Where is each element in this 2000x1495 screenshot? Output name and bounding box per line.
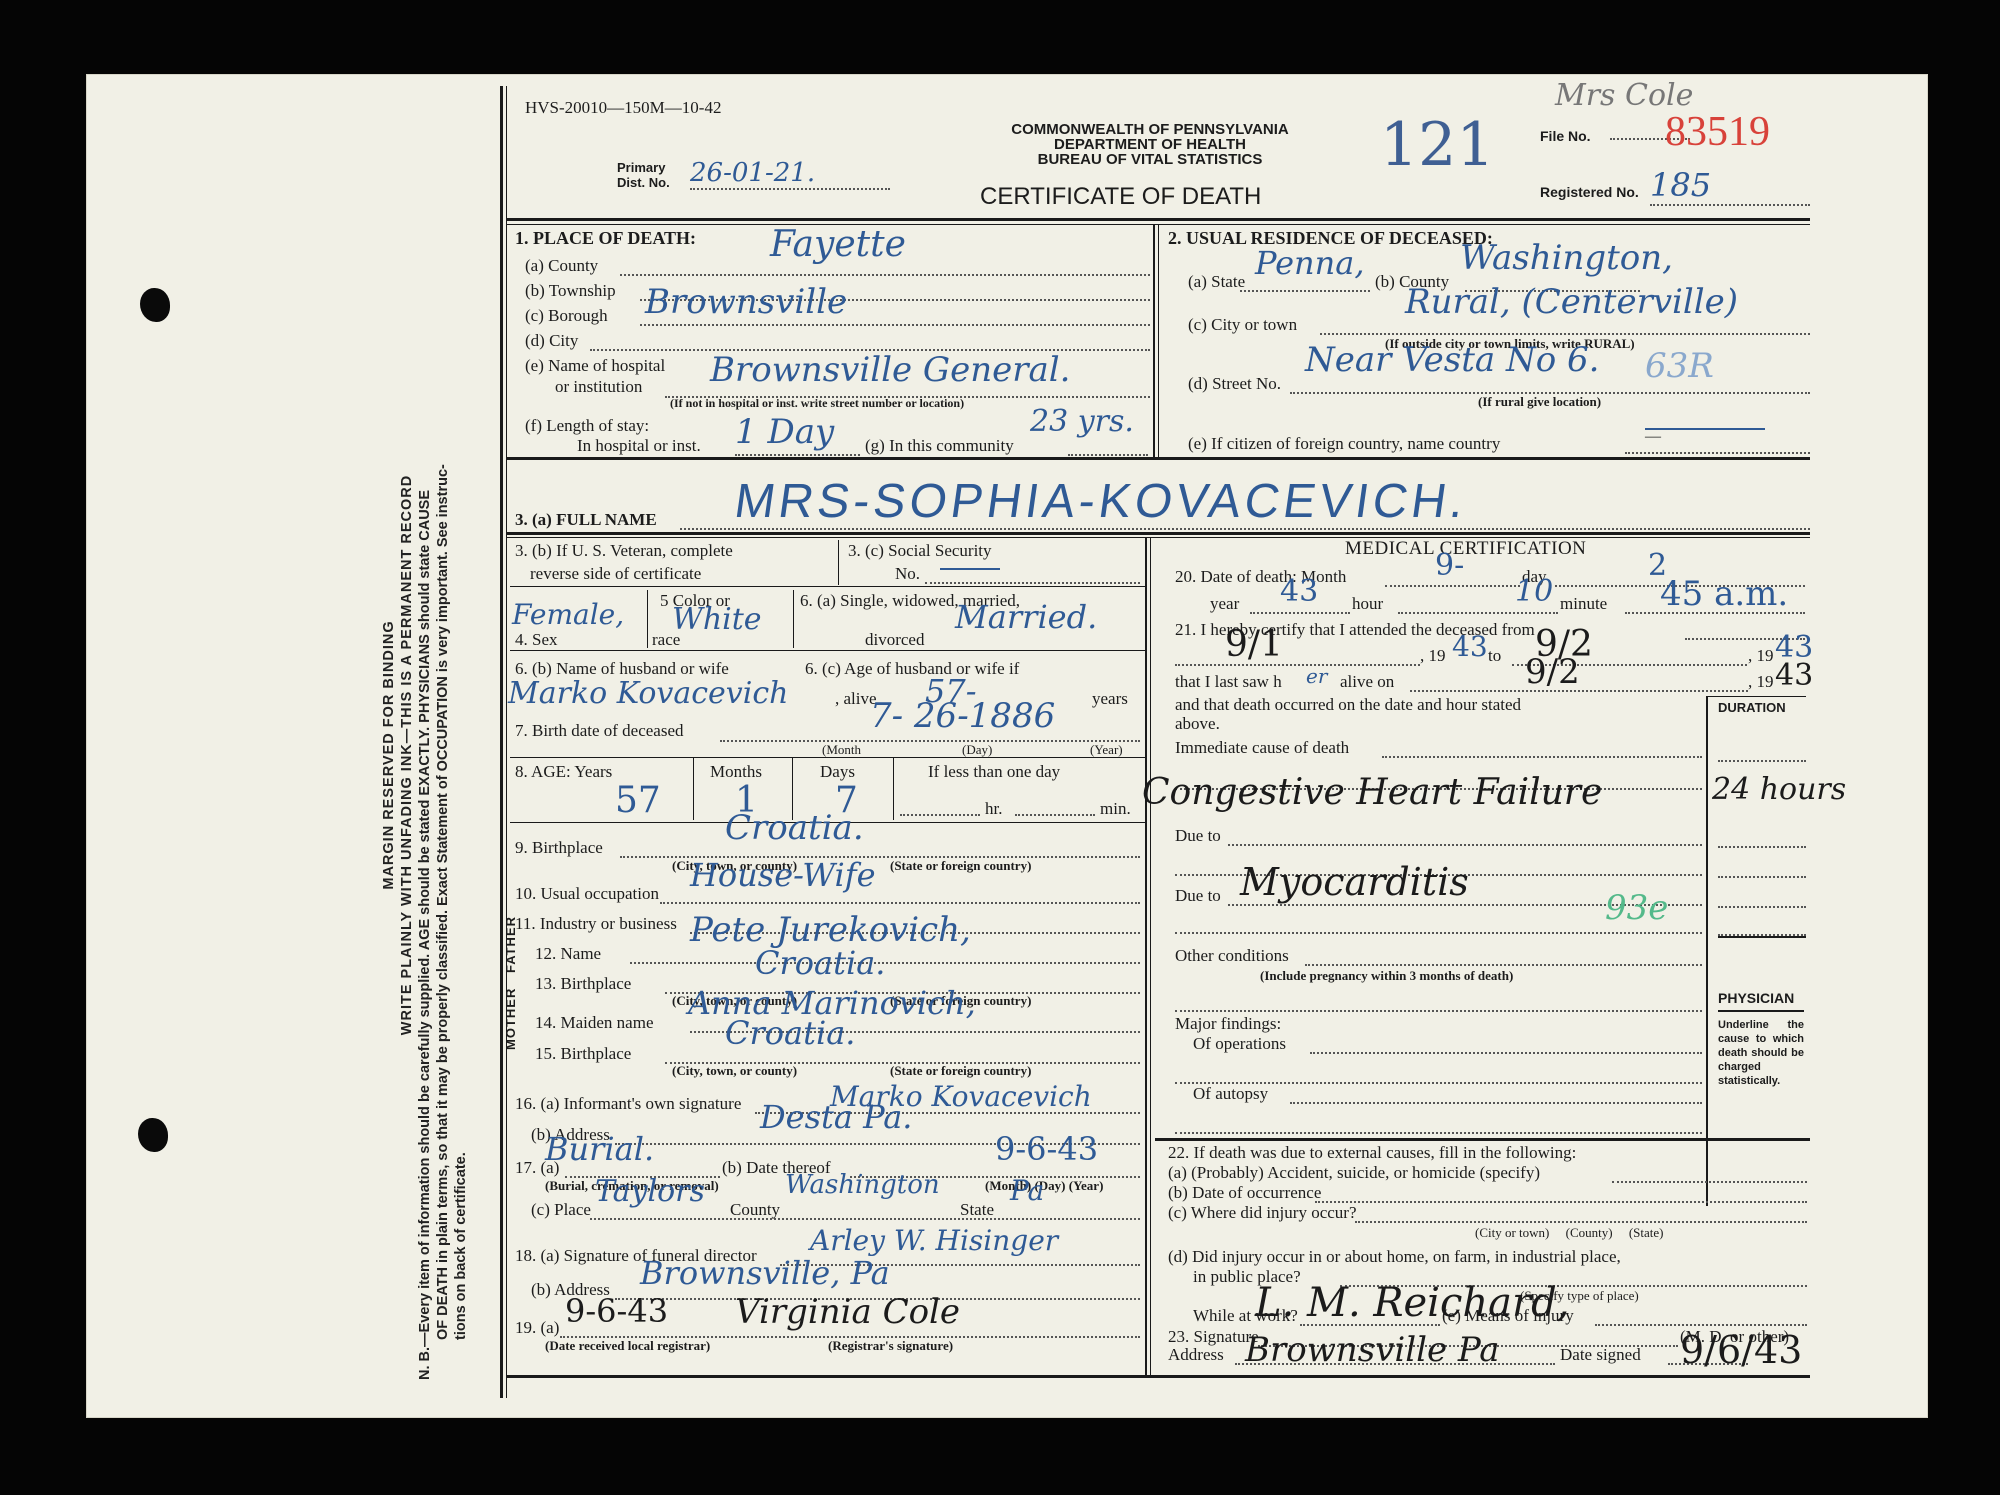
field-label: (g) In this community xyxy=(865,436,1014,456)
field-label: (c) Place xyxy=(531,1200,591,1220)
birth-date-value: 7- 26-1886 xyxy=(870,696,1055,736)
disposition-date-value: 9-6-43 xyxy=(995,1130,1098,1168)
divider xyxy=(1718,1010,1804,1012)
field-label: (d) Street No. xyxy=(1188,374,1281,394)
field-label: 19. (a) xyxy=(515,1318,559,1338)
agency-line: COMMONWEALTH OF PENNSYLVANIA xyxy=(960,122,1340,137)
field-label: year xyxy=(1210,594,1239,614)
field-label: divorced xyxy=(865,630,924,650)
divider xyxy=(1145,537,1147,1377)
field-label: (a) State xyxy=(1188,272,1245,292)
sex-value: Female, xyxy=(512,598,624,631)
field-label: 3. (a) FULL NAME xyxy=(515,510,657,530)
immediate-cause-duration: 24 hours xyxy=(1712,772,1846,807)
hospital-value: Brownsville General. xyxy=(710,350,1070,390)
field-label: (a) (Probably) Accident, suicide, or hom… xyxy=(1168,1163,1540,1183)
age-years-value: 57 xyxy=(615,780,661,821)
divider xyxy=(693,758,694,820)
operations-field[interactable] xyxy=(1310,1036,1702,1054)
race-value: White xyxy=(672,602,762,637)
residence-county-value: Washington, xyxy=(1460,238,1673,278)
death-hour-value: 10 xyxy=(1515,574,1553,609)
file-number-stamp: 83519 xyxy=(1665,108,1770,156)
form-border xyxy=(506,86,507,1398)
spouse-name-value: Marko Kovacevich xyxy=(508,676,788,711)
field-label: (c) City or town xyxy=(1188,315,1297,335)
field-label: 16. (a) Informant's own signature xyxy=(515,1094,741,1114)
field-label: (e) If citizen of foreign country, name … xyxy=(1188,434,1500,454)
field-label: to xyxy=(1488,646,1501,666)
margin-annotation: 121 xyxy=(1380,110,1495,180)
field-label: Address xyxy=(1168,1345,1224,1365)
community-stay-value: 23 yrs. xyxy=(1030,404,1134,439)
field-label: In hospital or inst. xyxy=(577,436,701,456)
field-label: Major findings: xyxy=(1175,1014,1281,1034)
field-label: Other conditions xyxy=(1175,946,1289,966)
death-minute-value: 45 a.m. xyxy=(1660,574,1788,614)
field-note: (State or foreign country) xyxy=(890,1063,1031,1079)
physician-signature-value: L. M. Reichard, xyxy=(1255,1280,1569,1326)
divider xyxy=(893,758,894,820)
field-label: (b) Date of occurrence xyxy=(1168,1183,1321,1203)
burial-place-value: Taylors xyxy=(595,1174,705,1209)
field-label: Due to xyxy=(1175,886,1221,906)
divider xyxy=(1158,224,1159,459)
duration-line[interactable] xyxy=(1718,748,1806,762)
field-note: (If rural give location) xyxy=(1478,394,1601,410)
injury-location-field[interactable] xyxy=(1355,1205,1807,1223)
autopsy-field[interactable] xyxy=(1290,1086,1702,1104)
field-note: (Date received local registrar) xyxy=(545,1338,710,1354)
field-label: 3. (b) If U. S. Veteran, complete xyxy=(515,541,733,561)
registered-no-value: 185 xyxy=(1650,166,1810,206)
birthplace-value: Croatia. xyxy=(725,808,864,848)
margin-line: MARGIN RESERVED FOR BINDING xyxy=(380,130,398,1380)
other-conditions-line-2[interactable] xyxy=(1175,994,1702,1012)
immediate-cause-field[interactable] xyxy=(1382,740,1702,758)
divider xyxy=(507,457,1810,460)
physician-address-value: Brownsville Pa xyxy=(1245,1330,1500,1370)
funeral-director-address-value: Brownsville, Pa xyxy=(640,1254,890,1292)
field-note: (City or town) (County) (State) xyxy=(1475,1225,1663,1241)
field-label: State xyxy=(960,1200,994,1220)
duration-line[interactable] xyxy=(1718,864,1806,878)
page-title: CERTIFICATE OF DEATH xyxy=(980,183,1261,211)
community-stay-field[interactable] xyxy=(1068,438,1148,456)
field-label: 15. Birthplace xyxy=(535,1044,631,1064)
field-label: (f) Length of stay: xyxy=(525,416,649,436)
parents-side-label: MOTHER FATHER xyxy=(503,916,518,1050)
field-label: above. xyxy=(1175,714,1220,734)
field-label: (d) Did injury occur in or about home, o… xyxy=(1168,1247,1621,1267)
field-label: or institution xyxy=(555,377,642,397)
alive-on-year: 43 xyxy=(1775,658,1813,693)
autopsy-line-2[interactable] xyxy=(1175,1116,1702,1134)
field-note: (Day) xyxy=(962,742,992,758)
date-signed-value: 9/6/43 xyxy=(1680,1328,1802,1372)
means-of-injury-field[interactable] xyxy=(1595,1308,1807,1326)
field-label: minute xyxy=(1560,594,1607,614)
divider xyxy=(507,532,1810,535)
field-note: (If not in hospital or inst. write stree… xyxy=(670,396,964,411)
field-label: Date signed xyxy=(1560,1345,1641,1365)
field-label: 14. Maiden name xyxy=(535,1013,654,1033)
duration-heading: DURATION xyxy=(1718,700,1786,715)
occurrence-date-field[interactable] xyxy=(1315,1185,1807,1203)
field-note: (State or foreign country) xyxy=(890,858,1031,874)
punch-hole xyxy=(138,1118,168,1152)
issuing-agency: COMMONWEALTH OF PENNSYLVANIA DEPARTMENT … xyxy=(960,122,1340,167)
divider xyxy=(1150,537,1151,1377)
field-label: that I last saw h xyxy=(1175,672,1282,692)
primary-dist-label: Primary Dist. No. xyxy=(617,160,670,190)
field-note: (Month xyxy=(822,742,861,758)
duration-line[interactable] xyxy=(1718,894,1806,908)
field-label: 7. Birth date of deceased xyxy=(515,721,684,741)
death-month-value: 9- xyxy=(1435,548,1464,583)
field-label: Days xyxy=(820,762,855,782)
label: Dist. No. xyxy=(617,175,670,190)
disposition-value: Burial. xyxy=(545,1130,654,1168)
divider xyxy=(510,586,1145,587)
margin-line: OF DEATH in plain terms, so that it may … xyxy=(434,130,452,1380)
divider xyxy=(793,590,794,648)
registrar-signature-value: Virginia Cole xyxy=(735,1292,960,1332)
borough-value: Brownsville xyxy=(645,282,847,322)
field-label: 11. Industry or business xyxy=(515,914,677,934)
section-heading: MEDICAL CERTIFICATION xyxy=(1345,538,1586,560)
divider xyxy=(1155,1138,1810,1141)
street-code-annotation: 63R xyxy=(1645,346,1714,386)
informant-address-value: Desta Pa. xyxy=(760,1098,912,1136)
divider xyxy=(507,218,1810,221)
divider xyxy=(838,540,839,585)
field-label: (c) Where did injury occur? xyxy=(1168,1203,1357,1223)
divider xyxy=(1153,224,1155,459)
minutes-field[interactable] xyxy=(1015,802,1095,816)
divider xyxy=(1706,696,1806,697)
field-label: If less than one day xyxy=(928,762,1060,782)
divider xyxy=(1718,936,1806,938)
duration-line[interactable] xyxy=(1718,922,1806,936)
hours-field[interactable] xyxy=(900,802,980,816)
residence-city-value: Rural, (Centerville) xyxy=(1405,282,1738,322)
mother-birthplace-value: Croatia. xyxy=(725,1014,855,1052)
form-code: HVS-20010—150M—10-42 xyxy=(525,98,721,118)
occupation-value: House-Wife xyxy=(690,856,876,894)
field-note: (Include pregnancy within 3 months of de… xyxy=(1260,968,1513,984)
marital-status-value: Married. xyxy=(955,598,1097,636)
agency-line: BUREAU OF VITAL STATISTICS xyxy=(960,152,1340,167)
field-label: hr. xyxy=(985,799,1002,819)
field-label: hour xyxy=(1352,594,1383,614)
attended-from-field[interactable] xyxy=(1175,648,1420,666)
field-label: , 19 xyxy=(1420,646,1446,666)
binding-margin-instructions: MARGIN RESERVED FOR BINDING WRITE PLAINL… xyxy=(380,130,470,1380)
primary-dist-value: 26-01-21. xyxy=(690,158,890,190)
field-label: (a) County xyxy=(525,256,598,276)
field-note: (City, town, or county) xyxy=(672,1063,797,1079)
full-name-value: MRS-SOPHIA-KOVACEVICH. xyxy=(731,474,1471,529)
last-saw-pronoun-value: er xyxy=(1306,664,1327,688)
foreign-country-dash: — xyxy=(1645,428,1765,430)
father-tag: FATHER xyxy=(503,916,518,973)
form-border xyxy=(500,86,503,1398)
margin-line: N. B.—Every item of information should b… xyxy=(416,130,434,1380)
field-label: , 19 xyxy=(1748,646,1774,666)
operations-line-2[interactable] xyxy=(1175,1066,1702,1084)
burial-county-value: Washington xyxy=(785,1170,940,1200)
physician-heading: PHYSICIAN xyxy=(1718,990,1794,1006)
county-value: Fayette xyxy=(770,224,906,265)
field-label: Due to xyxy=(1175,826,1221,846)
label: Primary xyxy=(617,160,670,175)
field-label: , 19 xyxy=(1748,672,1774,692)
field-note: (Year) xyxy=(1090,742,1123,758)
divider xyxy=(507,1375,1810,1378)
field-label: 13. Birthplace xyxy=(535,974,631,994)
margin-line: WRITE PLAINLY WITH UNFADING INK—THIS IS … xyxy=(398,130,416,1380)
hospital-stay-value: 1 Day xyxy=(735,412,834,452)
field-label: (b) Township xyxy=(525,281,616,301)
social-security-dash xyxy=(940,568,1000,570)
field-label: Of operations xyxy=(1193,1034,1286,1054)
registered-no-label: Registered No. xyxy=(1540,184,1639,200)
due-to-1-field[interactable] xyxy=(1228,828,1702,846)
death-year-value: 43 xyxy=(1280,574,1318,609)
divider xyxy=(510,650,1145,651)
duration-line[interactable] xyxy=(1718,834,1806,848)
field-label: and that death occurred on the date and … xyxy=(1175,695,1521,715)
section-heading: 22. If death was due to external causes,… xyxy=(1168,1143,1576,1163)
field-label: 12. Name xyxy=(535,944,601,964)
field-label: 8. AGE: Years xyxy=(515,762,612,782)
mother-tag: MOTHER xyxy=(503,988,518,1050)
field-label: alive on xyxy=(1340,672,1394,692)
other-conditions-field[interactable] xyxy=(1305,948,1702,966)
due-to-2-value: Myocarditis xyxy=(1240,860,1469,904)
agency-line: DEPARTMENT OF HEALTH xyxy=(960,137,1340,152)
field-label: reverse side of certificate xyxy=(530,564,701,584)
field-label: (e) Name of hospital xyxy=(525,356,665,376)
field-label: 20. Date of death: Month xyxy=(1175,567,1346,587)
file-no-label: File No. xyxy=(1540,128,1591,144)
state-value: Penna, xyxy=(1255,244,1365,282)
divider xyxy=(507,537,1810,538)
burial-state-value: Pa xyxy=(1010,1174,1044,1207)
attended-from-year: 43 xyxy=(1452,630,1488,663)
immediate-cause-value: Congestive Heart Failure xyxy=(1142,772,1602,813)
divider xyxy=(510,757,1145,758)
margin-line: tions on back of certificate. xyxy=(452,130,470,1380)
field-label: years xyxy=(1092,689,1128,709)
funeral-director-value: Arley W. Hisinger xyxy=(810,1224,1058,1257)
duration-column-divider xyxy=(1706,696,1708,1206)
section-heading: 1. PLACE OF DEATH: xyxy=(515,228,696,249)
street-value: Near Vesta No 6. xyxy=(1305,340,1599,380)
physician-note: Underline the cause to which death shoul… xyxy=(1718,1018,1804,1088)
alive-on-value: 9/2 xyxy=(1525,652,1580,692)
divider xyxy=(647,590,648,648)
external-cause-field[interactable] xyxy=(1612,1165,1807,1183)
field-label: Immediate cause of death xyxy=(1175,738,1349,758)
field-note: (Registrar's signature) xyxy=(828,1338,953,1354)
field-label: 3. (c) Social Security xyxy=(848,541,992,561)
field-label: 4. Sex xyxy=(515,630,558,650)
field-label: Months xyxy=(710,762,762,782)
field-label: 6. (c) Age of husband or wife if xyxy=(805,659,1019,679)
field-label: No. xyxy=(895,564,920,584)
field-label: (c) Borough xyxy=(525,306,608,326)
father-birthplace-value: Croatia. xyxy=(755,944,885,982)
field-label: (d) City xyxy=(525,331,578,351)
registrar-date-value: 9-6-43 xyxy=(565,1292,668,1330)
attended-from-value: 9/1 xyxy=(1225,624,1283,665)
field-label: County xyxy=(730,1200,780,1220)
due-to-2-line-2[interactable] xyxy=(1175,916,1702,934)
city-field[interactable] xyxy=(590,333,1150,351)
field-label: 10. Usual occupation xyxy=(515,884,659,904)
punch-hole xyxy=(140,288,170,322)
field-label: 9. Birthplace xyxy=(515,838,603,858)
field-label: Of autopsy xyxy=(1193,1084,1268,1104)
field-label: min. xyxy=(1100,799,1131,819)
